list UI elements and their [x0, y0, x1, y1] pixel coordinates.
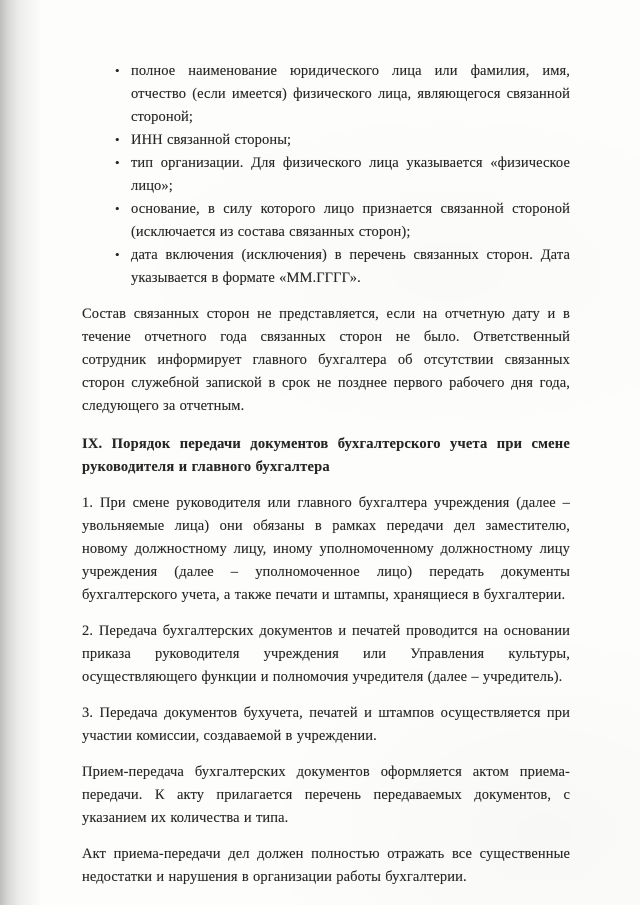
- bullet-icon: •: [115, 59, 120, 82]
- bullet-icon: •: [115, 197, 120, 220]
- section-ix-paragraph-3: 3. Передача документов бухучета, печатей…: [82, 702, 570, 748]
- bullet-icon: •: [115, 128, 120, 151]
- bullet-icon: •: [115, 151, 120, 174]
- scanned-document-page: • полное наименование юридического лица …: [0, 0, 640, 905]
- list-item: • дата включения (исключения) в перечень…: [82, 244, 570, 290]
- section-ix-heading: IX. Порядок передачи документов бухгалте…: [82, 433, 570, 479]
- section-ix-paragraph-1: 1. При смене руководителя или главного б…: [82, 492, 570, 607]
- bullet-text: полное наименование юридического лица ил…: [131, 63, 570, 125]
- bullet-text: дата включения (исключения) в перечень с…: [131, 247, 570, 286]
- bullet-icon: •: [115, 243, 120, 266]
- acceptance-act-requirements-paragraph: Акт приема-передачи дел должен полностью…: [82, 843, 570, 889]
- related-parties-absence-paragraph: Состав связанных сторон не представляетс…: [82, 303, 570, 418]
- bullet-text: тип организации. Для физического лица ук…: [131, 155, 570, 194]
- related-parties-bullet-list: • полное наименование юридического лица …: [82, 60, 570, 290]
- section-ix-paragraph-2: 2. Передача бухгалтерских документов и п…: [82, 620, 570, 689]
- document-body: • полное наименование юридического лица …: [0, 0, 640, 889]
- bullet-text: основание, в силу которого лицо признает…: [131, 201, 570, 240]
- list-item: • основание, в силу которого лицо призна…: [82, 198, 570, 244]
- list-item: • тип организации. Для физического лица …: [82, 152, 570, 198]
- acceptance-act-paragraph: Прием-передача бухгалтерских документов …: [82, 761, 570, 830]
- bullet-text: ИНН связанной стороны;: [131, 132, 291, 148]
- list-item: • полное наименование юридического лица …: [82, 60, 570, 129]
- list-item: • ИНН связанной стороны;: [82, 129, 570, 152]
